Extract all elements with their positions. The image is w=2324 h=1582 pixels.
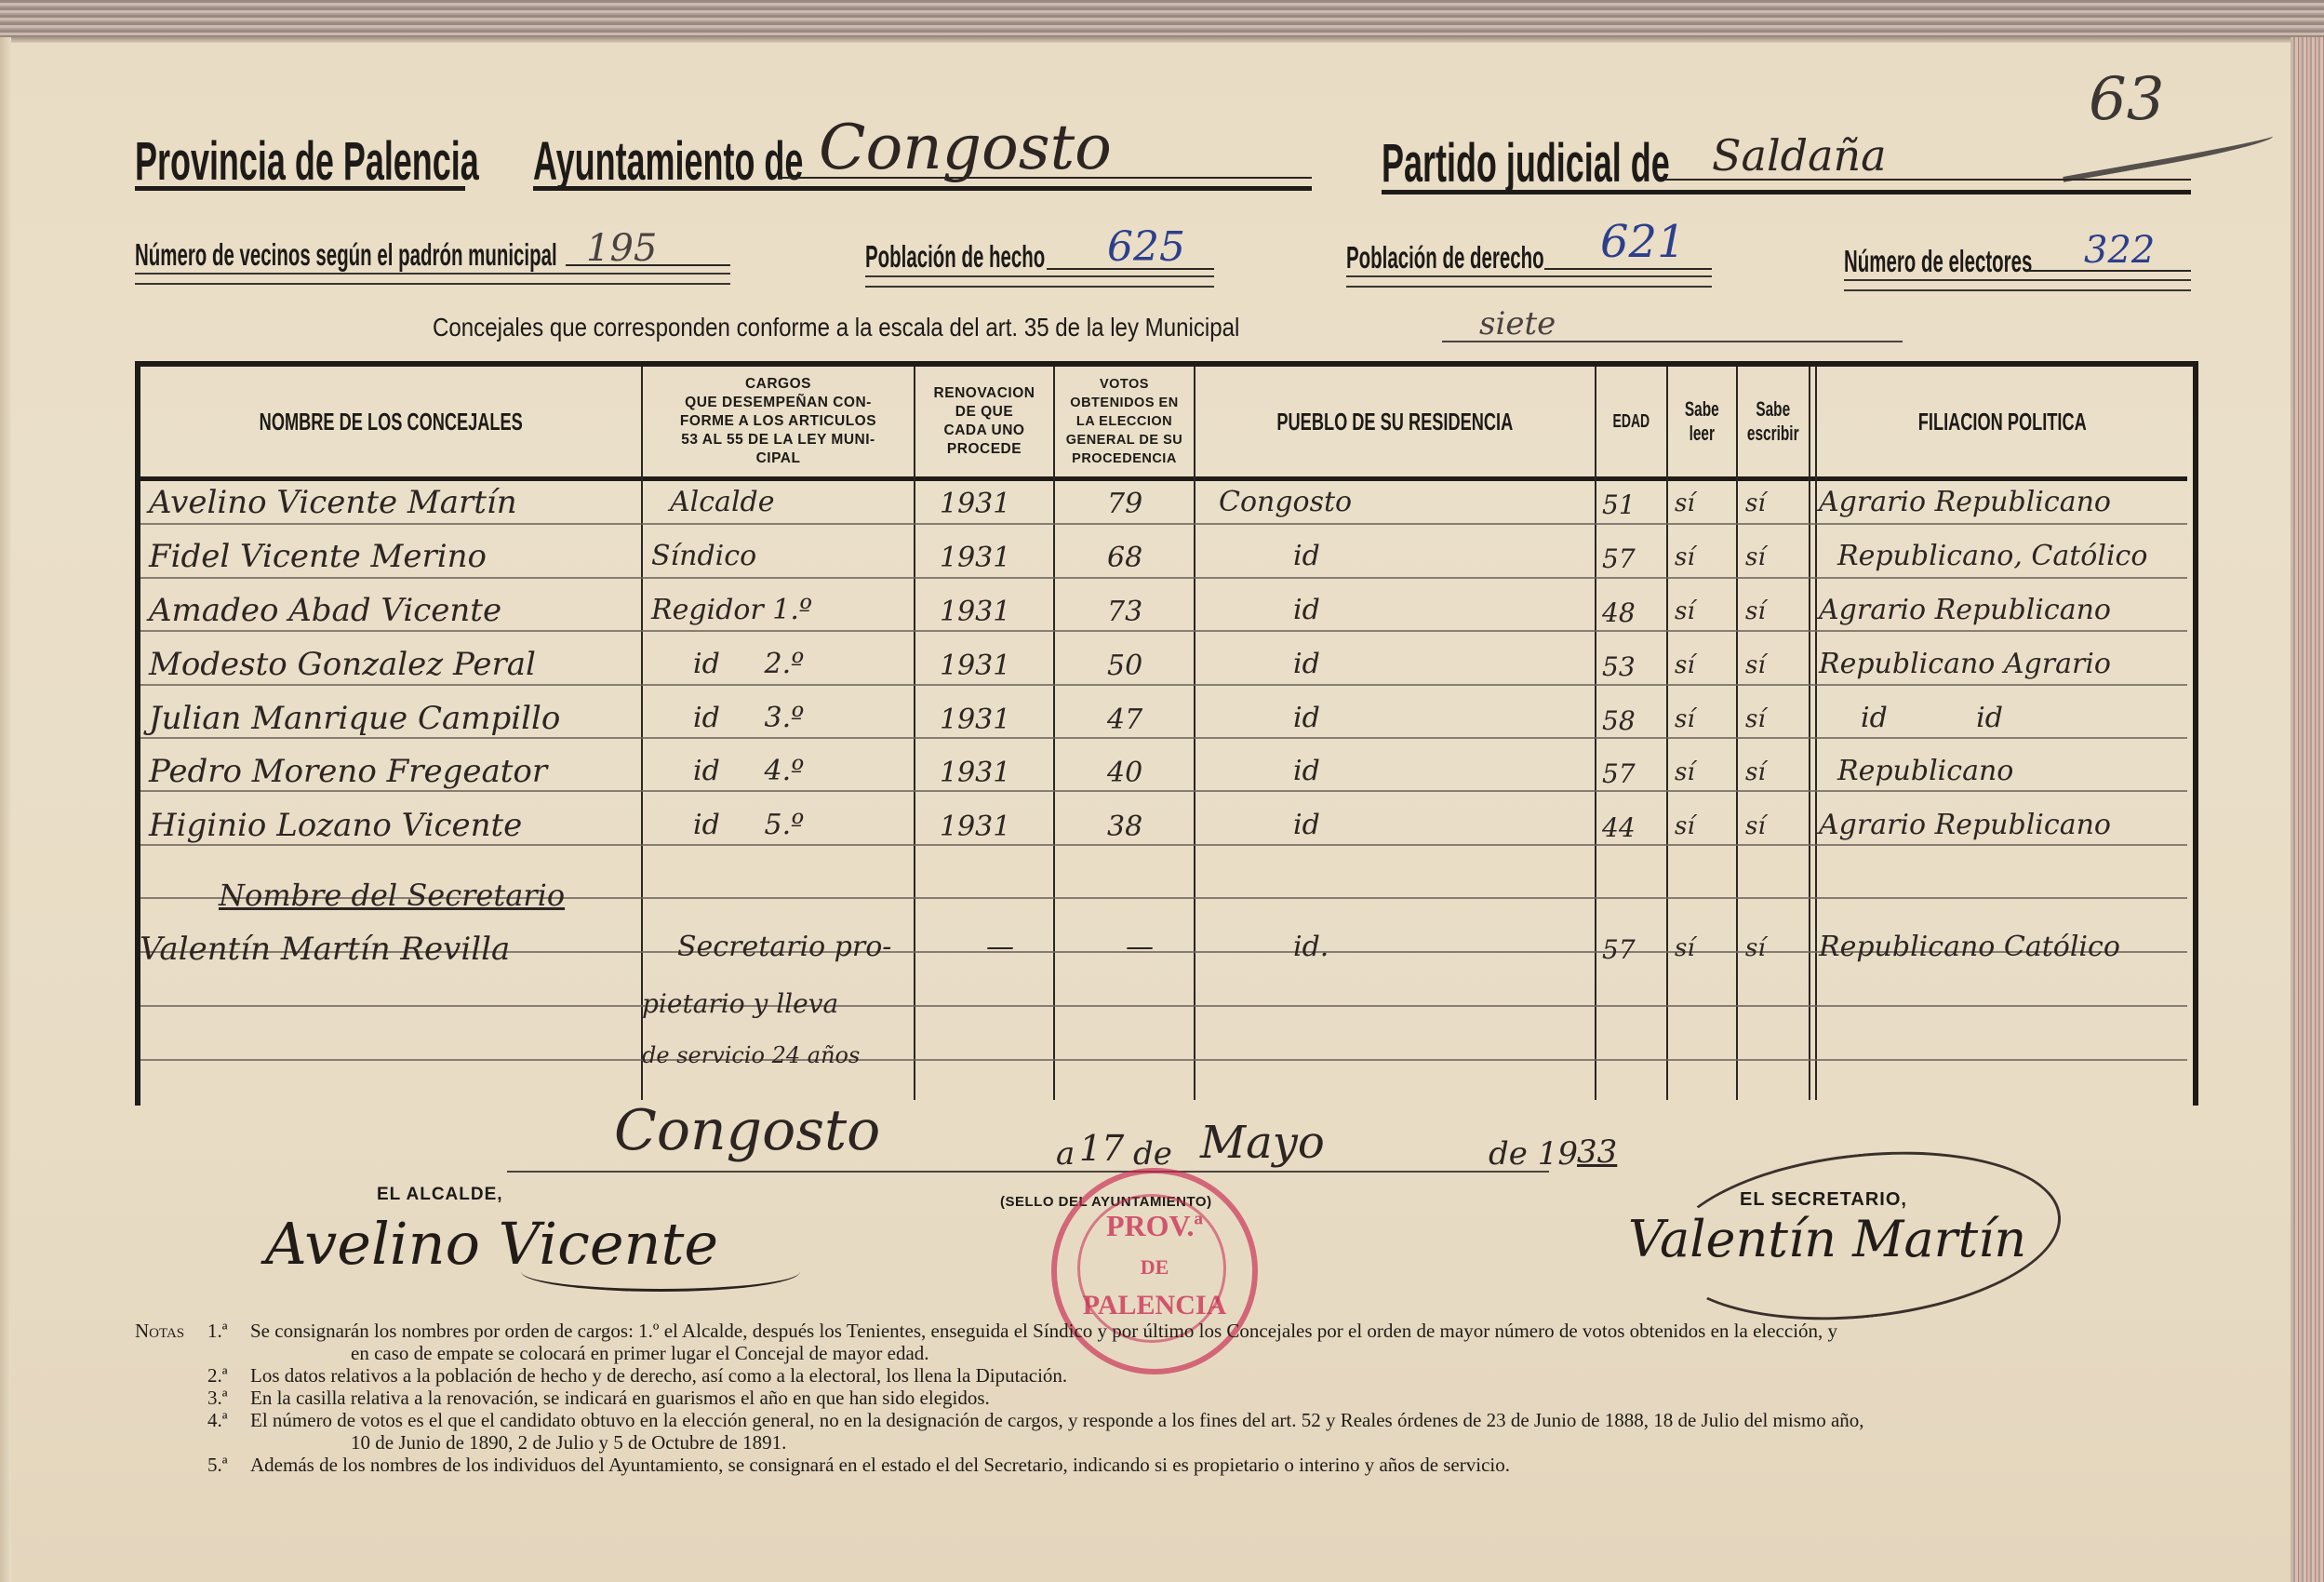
cell-edad: 57 bbox=[1602, 934, 1636, 965]
cell-renovacion: 1931 bbox=[940, 811, 1010, 843]
ayuntamiento-underline bbox=[533, 186, 1312, 191]
ayuntamiento-value: Congosto bbox=[819, 112, 1112, 183]
row-rule bbox=[140, 630, 2187, 632]
electores-label: Número de electores bbox=[1844, 244, 2032, 279]
document-page: 63 Provincia de Palencia Ayuntamiento de… bbox=[0, 0, 2324, 1582]
column-divider bbox=[1194, 367, 1195, 1100]
vecinos-value: 195 bbox=[586, 227, 657, 270]
place-value: Congosto bbox=[614, 1098, 880, 1163]
cell-nombre: Higinio Lozano Vicente bbox=[149, 807, 522, 844]
poblacion-derecho-label: Población de derecho bbox=[1346, 240, 1544, 275]
note-number: 2.ª bbox=[207, 1364, 250, 1387]
note-number: 3.ª bbox=[207, 1387, 250, 1409]
cell-renovacion: 1931 bbox=[940, 488, 1010, 520]
notes-label: Notas bbox=[135, 1320, 207, 1342]
alcalde-label: EL ALCALDE, bbox=[377, 1185, 503, 1205]
secretario-signature-flourish bbox=[1658, 1133, 2069, 1338]
page-number-flourish bbox=[2061, 130, 2274, 182]
cell-edad: 48 bbox=[1602, 597, 1636, 628]
poblacion-hecho-label: Población de hecho bbox=[865, 239, 1045, 275]
note-text: El número de votos es el que el candidat… bbox=[250, 1409, 2200, 1431]
cell-edad: 58 bbox=[1602, 705, 1636, 736]
cell-sabe-leer: sí bbox=[1675, 812, 1695, 840]
col-header-pueblo: PUEBLO DE SU RESIDENCIA bbox=[1195, 367, 1595, 476]
col-header-cargos: CARGOS QUE DESEMPEÑAN CON- FORME A LOS A… bbox=[643, 367, 914, 476]
cell-pueblo: id bbox=[1293, 594, 1320, 626]
note-number: 5.ª bbox=[207, 1454, 250, 1476]
note-number: 4.ª bbox=[207, 1409, 250, 1431]
table-header-divider bbox=[140, 476, 2187, 481]
note-text: En la casilla relativa a la renovación, … bbox=[250, 1387, 2200, 1409]
page-gutter-shadow bbox=[0, 37, 11, 1582]
cell-pueblo: Congosto bbox=[1219, 486, 1352, 518]
note-continuation: en caso de empate se colocará en primer … bbox=[135, 1342, 2200, 1364]
note-item: 2.ª Los datos relativos a la población d… bbox=[135, 1364, 2200, 1387]
cell-filiacion: id id bbox=[1861, 702, 2003, 734]
cell-nombre: Fidel Vicente Merino bbox=[149, 538, 487, 575]
cell-pueblo: id bbox=[1293, 755, 1320, 787]
ayuntamiento-label: Ayuntamiento de bbox=[533, 130, 803, 193]
partido-value: Saldaña bbox=[1712, 130, 1887, 181]
date-year-prefix: de 19 bbox=[1489, 1135, 1578, 1173]
cell-renovacion: — bbox=[986, 931, 1014, 963]
cell-sabe-leer: sí bbox=[1675, 934, 1695, 962]
cell-sabe-leer: sí bbox=[1675, 758, 1695, 786]
cell-renovacion: 1931 bbox=[940, 704, 1010, 736]
col-header-sabe-leer: Sabe leer bbox=[1668, 367, 1736, 476]
cell-filiacion: Republicano Católico bbox=[1819, 931, 2120, 963]
row-rule bbox=[140, 577, 2187, 579]
note-item: Notas 1.ª Se consignarán los nombres por… bbox=[135, 1320, 2200, 1342]
cell-filiacion: Agrario Republicano bbox=[1819, 486, 2111, 518]
notes-section: Notas 1.ª Se consignarán los nombres por… bbox=[135, 1320, 2200, 1476]
alcalde-signature-flourish bbox=[521, 1252, 800, 1292]
cell-filiacion: Agrario Republicano bbox=[1819, 594, 2111, 626]
book-page-stack bbox=[2291, 37, 2324, 1582]
cell-cargo: id 5.º bbox=[693, 809, 804, 841]
cell-filiacion: Republicano, Católico bbox=[1837, 540, 2147, 572]
vecinos-label: Número de vecinos según el padrón munici… bbox=[135, 237, 557, 273]
date-day: 17 bbox=[1079, 1128, 1124, 1169]
stamp-line1: PROV.ª bbox=[1057, 1209, 1252, 1243]
concejales-label: Concejales que corresponden conforme a l… bbox=[433, 313, 1239, 342]
cell-filiacion: Republicano bbox=[1837, 755, 2013, 787]
cell-cargo-line2: pietario y lleva bbox=[642, 988, 838, 1019]
poblacion-derecho-field-line bbox=[1544, 268, 1712, 270]
cell-sabe-escribir: sí bbox=[1745, 758, 1766, 786]
row-rule bbox=[140, 684, 2187, 686]
date-year-suffix: 33 bbox=[1577, 1133, 1617, 1171]
cell-votos: 79 bbox=[1107, 488, 1142, 520]
cell-renovacion: 1931 bbox=[940, 650, 1010, 682]
col-header-nombre: NOMBRE DE LOS CONCEJALES bbox=[140, 367, 641, 476]
col-header-edad: EDAD bbox=[1596, 367, 1666, 476]
stamp-line2: DE bbox=[1057, 1255, 1252, 1280]
row-rule bbox=[140, 844, 2187, 846]
note-continuation: 10 de Junio de 1890, 2 de Julio y 5 de O… bbox=[135, 1431, 2200, 1454]
cell-votos: 68 bbox=[1107, 542, 1142, 574]
poblacion-hecho-value: 625 bbox=[1107, 223, 1185, 271]
column-divider bbox=[1595, 367, 1596, 1100]
column-divider bbox=[1736, 367, 1738, 1100]
column-divider bbox=[914, 367, 915, 1100]
cell-votos: 50 bbox=[1107, 650, 1142, 682]
cell-sabe-escribir: sí bbox=[1745, 705, 1766, 733]
cell-sabe-escribir: sí bbox=[1745, 812, 1766, 840]
note-item: 5.ª Además de los nombres de los individ… bbox=[135, 1454, 2200, 1476]
cell-cargo-line1: Secretario pro- bbox=[677, 931, 891, 963]
cell-cargo: Regidor 1.º bbox=[651, 594, 812, 626]
cell-cargo: id 3.º bbox=[693, 702, 804, 734]
partido-label: Partido judicial de bbox=[1382, 132, 1670, 194]
cell-filiacion: Republicano Agrario bbox=[1819, 648, 2111, 680]
cell-pueblo: id bbox=[1293, 648, 1320, 680]
cell-pueblo: id bbox=[1293, 702, 1320, 734]
cell-nombre: Valentín Martín Revilla bbox=[140, 931, 510, 968]
note-text: Los datos relativos a la población de he… bbox=[250, 1364, 2200, 1387]
cell-votos: 47 bbox=[1107, 704, 1142, 736]
row-rule bbox=[140, 1005, 2187, 1007]
cell-cargo: id 2.º bbox=[693, 648, 804, 680]
cell-pueblo: id. bbox=[1293, 931, 1329, 963]
cell-edad: 57 bbox=[1602, 543, 1636, 574]
column-divider bbox=[1666, 367, 1668, 1100]
cell-cargo: id 4.º bbox=[693, 755, 804, 787]
secretario-heading: Nombre del Secretario bbox=[219, 878, 565, 913]
provincia-underline bbox=[135, 186, 465, 191]
concejales-value: siete bbox=[1479, 305, 1556, 342]
electores-underline bbox=[1844, 279, 2191, 291]
book-top-edge bbox=[0, 0, 2324, 37]
col-header-renovacion: RENOVACION DE QUE CADA UNO PROCEDE bbox=[915, 367, 1053, 476]
page-number: 63 bbox=[2089, 65, 2164, 134]
note-text: Además de los nombres de los individuos … bbox=[250, 1454, 2200, 1476]
cell-sabe-escribir: sí bbox=[1745, 651, 1766, 679]
poblacion-hecho-underline bbox=[865, 275, 1214, 288]
cell-nombre: Pedro Moreno Fregeator bbox=[149, 753, 547, 790]
note-number: 1.ª bbox=[207, 1320, 250, 1342]
col-header-votos: VOTOS OBTENIDOS EN LA ELECCION GENERAL D… bbox=[1055, 367, 1194, 476]
col-header-sabe-escribir: Sabe escribir bbox=[1738, 367, 1809, 476]
vecinos-underline bbox=[135, 273, 730, 285]
col-header-filiacion: FILIACION POLITICA bbox=[1817, 367, 2187, 476]
cell-sabe-escribir: sí bbox=[1745, 934, 1766, 962]
cell-edad: 51 bbox=[1602, 489, 1636, 520]
cell-renovacion: 1931 bbox=[940, 757, 1010, 789]
cell-nombre: Julian Manrique Campillo bbox=[149, 700, 560, 737]
row-rule bbox=[140, 737, 2187, 739]
row-rule bbox=[140, 790, 2187, 792]
cell-nombre: Avelino Vicente Martín bbox=[149, 484, 517, 521]
column-divider bbox=[1815, 367, 1817, 1100]
date-line bbox=[507, 1171, 1549, 1173]
cell-sabe-escribir: sí bbox=[1745, 489, 1766, 517]
cell-votos: — bbox=[1126, 931, 1154, 963]
cell-renovacion: 1931 bbox=[940, 542, 1010, 574]
electores-value: 322 bbox=[2084, 229, 2155, 272]
cell-cargo: Alcalde bbox=[670, 486, 775, 518]
note-item: 4.ª El número de votos es el que el cand… bbox=[135, 1409, 2200, 1431]
cell-sabe-leer: sí bbox=[1675, 489, 1695, 517]
column-divider bbox=[1053, 367, 1055, 1100]
cell-sabe-leer: sí bbox=[1675, 597, 1695, 625]
cell-nombre: Amadeo Abad Vicente bbox=[149, 592, 501, 629]
cell-votos: 38 bbox=[1107, 811, 1142, 843]
cell-votos: 73 bbox=[1107, 596, 1142, 628]
cell-cargo-line3: de servicio 24 años bbox=[642, 1042, 860, 1068]
poblacion-derecho-value: 621 bbox=[1600, 216, 1686, 268]
note-item: 3.ª En la casilla relativa a la renovaci… bbox=[135, 1387, 2200, 1409]
cell-edad: 53 bbox=[1602, 651, 1636, 682]
cell-filiacion: Agrario Republicano bbox=[1819, 809, 2111, 841]
cell-sabe-escribir: sí bbox=[1745, 543, 1766, 571]
cell-sabe-escribir: sí bbox=[1745, 597, 1766, 625]
cell-pueblo: id bbox=[1293, 540, 1320, 572]
cell-pueblo: id bbox=[1293, 809, 1320, 841]
cell-edad: 44 bbox=[1602, 812, 1636, 843]
partido-underline bbox=[1382, 190, 2191, 194]
cell-sabe-leer: sí bbox=[1675, 705, 1695, 733]
note-text: Se consignarán los nombres por orden de … bbox=[250, 1320, 2200, 1342]
date-a-label: a bbox=[1056, 1135, 1075, 1173]
column-divider bbox=[1809, 367, 1810, 1100]
cell-sabe-leer: sí bbox=[1675, 651, 1695, 679]
cell-sabe-leer: sí bbox=[1675, 543, 1695, 571]
date-month: Mayo bbox=[1200, 1117, 1325, 1169]
cell-edad: 57 bbox=[1602, 758, 1636, 789]
provincia-label: Provincia de Palencia bbox=[135, 130, 479, 193]
row-rule bbox=[140, 523, 2187, 525]
cell-cargo: Síndico bbox=[651, 540, 756, 572]
row-rule bbox=[140, 1059, 2187, 1061]
cell-nombre: Modesto Gonzalez Peral bbox=[149, 646, 536, 683]
date-de-label: de bbox=[1133, 1135, 1172, 1173]
poblacion-derecho-underline bbox=[1346, 275, 1712, 288]
cell-renovacion: 1931 bbox=[940, 596, 1010, 628]
cell-votos: 40 bbox=[1107, 757, 1142, 789]
stamp-line3: PALENCIA bbox=[1057, 1290, 1252, 1321]
